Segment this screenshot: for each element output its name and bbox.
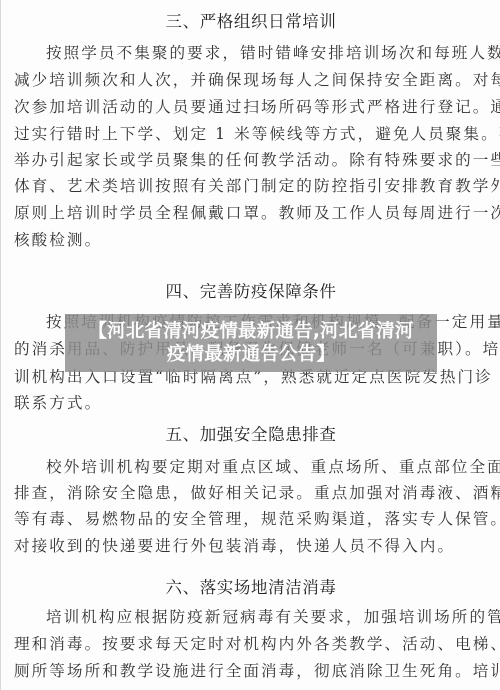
- section-heading: 四、完善防疫保障条件: [1, 282, 500, 302]
- paragraph-line: 核酸检测。: [14, 230, 490, 250]
- paragraph-line: 排查，消除安全隐患，做好相关记录。重点加强对消毒液、酒精: [14, 483, 490, 503]
- paragraph-line: 联系方式。: [14, 393, 490, 413]
- paragraph-line: 对接收到的快递要进行外包装消毒，快递人员不得入内。: [14, 536, 490, 556]
- paragraph-line: 过实行错时上下学、划定 1 米等候线等方式，避免人员聚集。不: [14, 124, 490, 144]
- paragraph-line: 体育、艺术类培训按照有关部门制定的防控指引安排教育教学外，: [14, 176, 490, 196]
- paragraph-line: 等有毒、易燃物品的安全管理，规范采购渠道，落实专人保管。: [14, 509, 490, 529]
- document-page: 三、严格组织日常培训 按照学员不集聚的要求，错时错峰安排培训场次和每班人数， 减…: [0, 0, 500, 690]
- section-heading: 五、加强安全隐患排查: [1, 425, 500, 445]
- title-overlay-banner: 【河北省清河疫情最新通告,河北省清河疫情最新通告公告】: [65, 314, 437, 372]
- section-heading: 六、落实场地清洁消毒: [1, 578, 500, 598]
- paragraph-line: 理和消毒。按要求每天定时对机构内外各类教学、活动、电梯、: [14, 634, 490, 654]
- section-heading: 三、严格组织日常培训: [1, 12, 500, 32]
- overlay-title: 【河北省清河疫情最新通告,河北省清河疫情最新通告公告】: [81, 320, 421, 366]
- paragraph-line: 厕所等场所和教学设施进行全面消毒，彻底消除卫生死角。培训: [14, 661, 490, 681]
- paragraph-line: 按照学员不集聚的要求，错时错峰安排培训场次和每班人数，: [46, 43, 490, 63]
- paragraph-line: 减少培训频次和人次，并确保现场每人之间保持安全距离。对每: [14, 70, 490, 90]
- paragraph-line: 举办引起家长或学员聚集的任何教学活动。除有特殊要求的一些: [14, 150, 490, 170]
- paragraph-line: 培训机构应根据防疫新冠病毒有关要求，加强培训场所的管: [46, 607, 490, 627]
- paragraph-line: 校外培训机构要定期对重点区域、重点场所、重点部位全面: [46, 457, 490, 477]
- paragraph-line: 次参加培训活动的人员要通过扫场所码等形式严格进行登记。通: [14, 97, 490, 117]
- paragraph-line: 原则上培训时学员全程佩戴口罩。教师及工作人员每周进行一次: [14, 203, 490, 223]
